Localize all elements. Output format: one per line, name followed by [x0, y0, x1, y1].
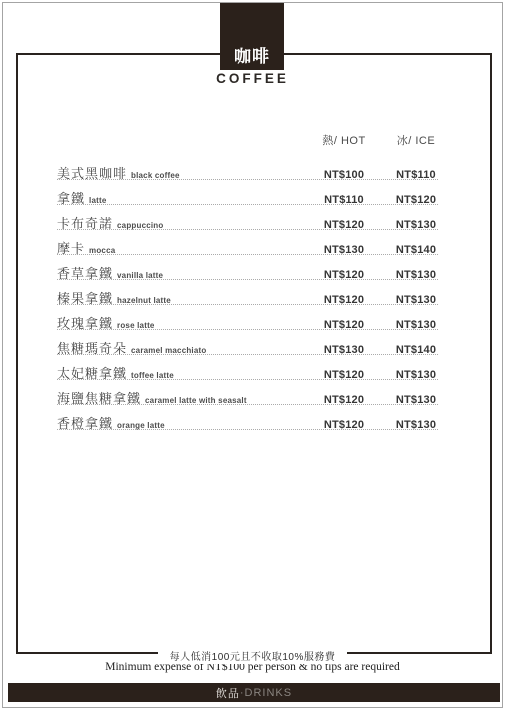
menu-items-list: 美式黑咖啡black coffee NT$100 NT$110 拿鐵latte …: [57, 155, 438, 430]
item-name: 海鹽焦糖拿鐵caramel latte with seasalt: [57, 388, 308, 408]
column-header-ice: 冰/ ICE: [380, 132, 452, 148]
item-name-zh: 太妃糖拿鐵: [57, 366, 127, 381]
footer-bar-title-en: ·DRINKS: [240, 687, 292, 699]
menu-item-row: 焦糖瑪奇朵caramel macchiato NT$130 NT$140: [57, 330, 438, 355]
item-price-hot: NT$120: [308, 294, 380, 306]
item-name-zh: 玫瑰拿鐵: [57, 316, 113, 331]
item-name: 香草拿鐵vanilla latte: [57, 263, 308, 283]
item-name-zh: 焦糖瑪奇朵: [57, 341, 127, 356]
item-name-en: orange latte: [117, 421, 165, 430]
menu-item-row: 榛果拿鐵hazelnut latte NT$120 NT$130: [57, 280, 438, 305]
item-price-ice: NT$130: [380, 419, 452, 431]
item-price-hot: NT$120: [308, 394, 380, 406]
item-name-zh: 美式黑咖啡: [57, 166, 127, 181]
column-header-hot: 熱/ HOT: [308, 132, 380, 148]
item-name-en: vanilla latte: [117, 271, 163, 280]
item-name-zh: 拿鐵: [57, 191, 85, 206]
menu-item-row: 玫瑰拿鐵rose latte NT$120 NT$130: [57, 305, 438, 330]
item-name: 榛果拿鐵hazelnut latte: [57, 288, 308, 308]
item-name: 摩卡mocca: [57, 238, 308, 258]
item-price-hot: NT$130: [308, 244, 380, 256]
item-name: 玫瑰拿鐵rose latte: [57, 313, 308, 333]
item-name-zh: 榛果拿鐵: [57, 291, 113, 306]
item-name: 太妃糖拿鐵toffee latte: [57, 363, 308, 383]
item-name-en: mocca: [89, 246, 115, 255]
menu-column-headers: 熱/ HOT 冰/ ICE: [57, 132, 438, 148]
item-name-zh: 卡布奇諾: [57, 216, 113, 231]
menu-table: 熱/ HOT 冰/ ICE 美式黑咖啡black coffee NT$100 N…: [57, 132, 438, 430]
item-price-ice: NT$130: [380, 269, 452, 281]
footer-bar-title-zh: 飲品: [216, 685, 240, 701]
item-name-zh: 香草拿鐵: [57, 266, 113, 281]
item-name-en: cappuccino: [117, 221, 163, 230]
coffee-title-en: COFFEE: [0, 71, 505, 86]
menu-item-row: 拿鐵latte NT$110 NT$120: [57, 180, 438, 205]
item-price-hot: NT$120: [308, 269, 380, 281]
item-price-ice: NT$140: [380, 244, 452, 256]
item-price-hot: NT$120: [308, 319, 380, 331]
menu-item-row: 海鹽焦糖拿鐵caramel latte with seasalt NT$120 …: [57, 380, 438, 405]
item-price-hot: NT$120: [308, 369, 380, 381]
item-name-en: caramel macchiato: [131, 346, 206, 355]
item-name-en: hazelnut latte: [117, 296, 171, 305]
item-price-hot: NT$100: [308, 169, 380, 181]
menu-item-row: 香草拿鐵vanilla latte NT$120 NT$130: [57, 255, 438, 280]
item-name-en: toffee latte: [131, 371, 174, 380]
item-name-zh: 香橙拿鐵: [57, 416, 113, 431]
footer-note-zh: 每人低消100元且不收取10%服務費: [158, 651, 348, 664]
coffee-title-zh: 咖啡: [234, 48, 270, 65]
drinks-footer-bar: 飲品·DRINKS: [8, 683, 500, 702]
coffee-header-box: 咖啡: [220, 3, 284, 70]
item-name-en: black coffee: [131, 171, 180, 180]
item-price-ice: NT$120: [380, 194, 452, 206]
item-price-ice: NT$110: [380, 169, 452, 181]
item-name: 焦糖瑪奇朵caramel macchiato: [57, 338, 308, 358]
item-price-hot: NT$120: [308, 219, 380, 231]
item-name-en: rose latte: [117, 321, 155, 330]
menu-item-row: 卡布奇諾cappuccino NT$120 NT$130: [57, 205, 438, 230]
menu-item-row: 太妃糖拿鐵toffee latte NT$120 NT$130: [57, 355, 438, 380]
item-name: 美式黑咖啡black coffee: [57, 163, 308, 183]
item-price-ice: NT$140: [380, 344, 452, 356]
menu-item-row: 摩卡mocca NT$130 NT$140: [57, 230, 438, 255]
item-name-zh: 摩卡: [57, 241, 85, 256]
item-name-zh: 海鹽焦糖拿鐵: [57, 391, 141, 406]
item-name: 拿鐵latte: [57, 188, 308, 208]
item-price-hot: NT$130: [308, 344, 380, 356]
item-name-en: caramel latte with seasalt: [145, 396, 247, 405]
item-name-en: latte: [89, 196, 106, 205]
item-price-ice: NT$130: [380, 394, 452, 406]
menu-item-row: 美式黑咖啡black coffee NT$100 NT$110: [57, 155, 438, 180]
menu-item-row: 香橙拿鐵orange latte NT$120 NT$130: [57, 405, 438, 430]
item-price-ice: NT$130: [380, 294, 452, 306]
item-price-hot: NT$120: [308, 419, 380, 431]
item-price-ice: NT$130: [380, 369, 452, 381]
item-price-hot: NT$110: [308, 194, 380, 206]
footer-note-zh-wrap: 每人低消100元且不收取10%服務費: [0, 647, 505, 665]
item-price-ice: NT$130: [380, 319, 452, 331]
item-name: 卡布奇諾cappuccino: [57, 213, 308, 233]
item-price-ice: NT$130: [380, 219, 452, 231]
item-name: 香橙拿鐵orange latte: [57, 413, 308, 433]
